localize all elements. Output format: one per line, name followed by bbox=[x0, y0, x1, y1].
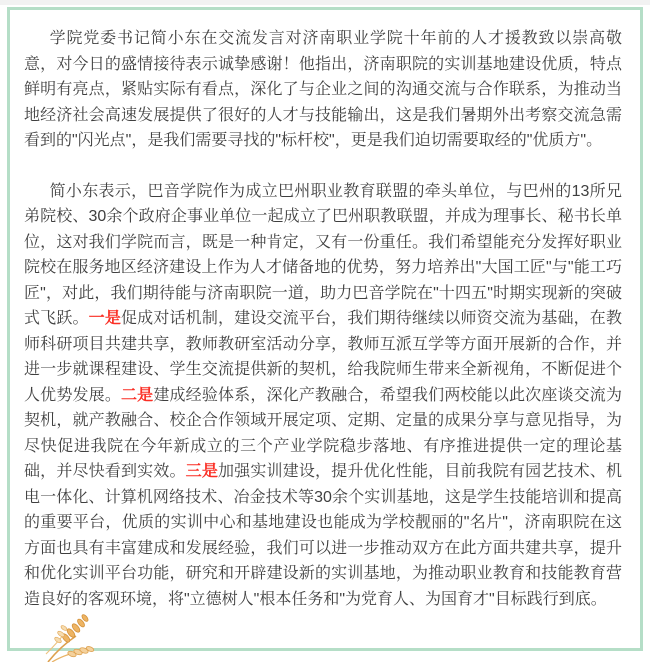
article-page: 学院党委书记简小东在交流发言对济南职业学院十年前的人才援教致以崇高敬意，对今日的… bbox=[0, 0, 650, 662]
wheat-ears-icon bbox=[42, 608, 114, 662]
highlight-marker: 二是 bbox=[121, 387, 153, 404]
paragraph-text: 学院党委书记简小东在交流发言对济南职业学院十年前的人才援教致以崇高敬意，对今日的… bbox=[24, 30, 622, 149]
article-border-frame: 学院党委书记简小东在交流发言对济南职业学院十年前的人才援教致以崇高敬意，对今日的… bbox=[7, 7, 643, 651]
article-paragraph: 学院党委书记简小东在交流发言对济南职业学院十年前的人才援教致以崇高敬意，对今日的… bbox=[24, 26, 622, 154]
highlight-marker: 一是 bbox=[89, 310, 121, 327]
top-edge-strip bbox=[0, 0, 650, 5]
highlight-marker: 三是 bbox=[186, 463, 218, 480]
article-paragraph: 简小东表示，巴音学院作为成立巴州职业教育联盟的牵头单位，与巴州的13所兄弟院校、… bbox=[24, 179, 622, 613]
paragraph-text: 加强实训建设，提升优化性能，目前我院有园艺技术、机电一体化、计算机网络技术、冶金… bbox=[24, 463, 622, 608]
article-body: 学院党委书记简小东在交流发言对济南职业学院十年前的人才援教致以崇高敬意，对今日的… bbox=[10, 10, 640, 620]
paragraph-text: 简小东表示，巴音学院作为成立巴州职业教育联盟的牵头单位，与巴州的13所兄弟院校、… bbox=[24, 183, 622, 328]
